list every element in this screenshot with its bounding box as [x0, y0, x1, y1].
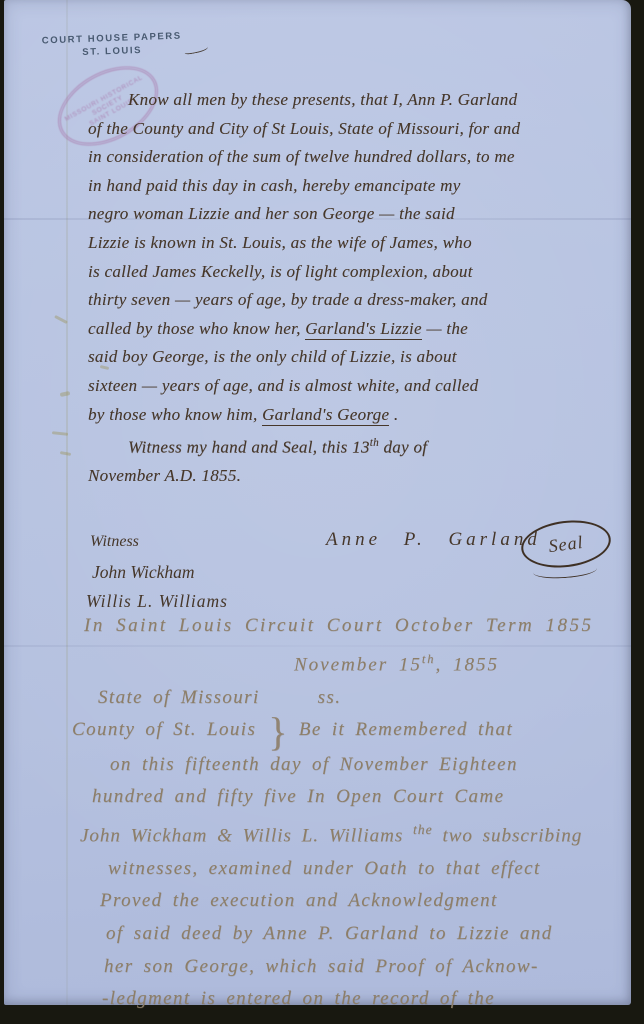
text-segment: of the County and City of St Louis, Stat…: [88, 119, 520, 138]
text-line: on this fifteenth day of November Eighte…: [52, 749, 632, 782]
text-line: Know all men by these presents, that I, …: [88, 86, 624, 115]
text-segment: John Wickham & Willis L. Williams: [80, 825, 413, 846]
text-segment: is called James Keckelly, is of light co…: [88, 262, 473, 281]
text-segment: sixteen — years of age, and is almost wh…: [88, 376, 478, 395]
text-segment: November 15: [294, 654, 422, 675]
text-line: November A.D. 1855.: [88, 462, 624, 491]
witness-label: Witness: [90, 533, 139, 551]
text-line: witnesses, examined under Oath to that e…: [52, 853, 632, 886]
underlined-phrase: Garland's George: [262, 405, 389, 426]
text-segment: day of: [379, 438, 427, 457]
text-segment: November A.D. 1855.: [88, 466, 241, 485]
archival-photo: { "colors":{ "paper":"#b7c3e1", "ink":"#…: [0, 0, 644, 1024]
text-segment: Know all men by these presents, that I, …: [128, 90, 517, 109]
text-line: -ledgment is entered on the record of th…: [52, 983, 632, 1016]
witness-signatures: John WickhamWillis L. Williams: [92, 558, 228, 616]
text-line: County of St. Louis}Be it Remembered tha…: [52, 714, 632, 749]
court-record-text: In Saint Louis Circuit Court October Ter…: [52, 610, 632, 1016]
text-line: negro woman Lizzie and her son George — …: [88, 200, 624, 229]
text-line: called by those who know her, Garland's …: [88, 315, 624, 344]
text-segment: on this fifteenth day of November Eighte…: [110, 754, 518, 775]
text-segment: , 1855: [435, 654, 499, 675]
text-segment: in hand paid this day in cash, hereby em…: [88, 176, 461, 195]
pen-mark: [184, 44, 209, 55]
text-segment: the: [413, 822, 433, 837]
text-line: in hand paid this day in cash, hereby em…: [88, 172, 624, 201]
text-segment: Witness my hand and Seal, this 13: [128, 438, 370, 457]
text-line: of said deed by Anne P. Garland to Lizzi…: [52, 918, 632, 951]
text-line: said boy George, is the only child of Li…: [88, 343, 624, 372]
text-segment: negro woman Lizzie and her son George — …: [88, 204, 455, 223]
text-segment: .: [389, 405, 398, 424]
text-segment: State of Missouri: [98, 687, 260, 708]
text-line: Proved the execution and Acknowledgment: [52, 885, 632, 918]
text-segment: hundred and fifty five In Open Court Cam…: [92, 786, 504, 807]
text-line: In Saint Louis Circuit Court October Ter…: [52, 610, 632, 643]
text-segment: Lizzie is known in St. Louis, as the wif…: [88, 233, 472, 252]
seal-underflourish: [533, 561, 598, 580]
text-line: Lizzie is known in St. Louis, as the wif…: [88, 229, 624, 258]
text-segment: in consideration of the sum of twelve hu…: [88, 147, 515, 166]
text-line: State of Missouriss.: [52, 682, 632, 715]
text-line: November 15th, 1855: [52, 643, 632, 682]
text-segment: -ledgment is entered on the record of th…: [102, 988, 495, 1009]
deed-body-text: Know all men by these presents, that I, …: [88, 86, 624, 491]
text-line: is called James Keckelly, is of light co…: [88, 258, 624, 287]
text-line: in consideration of the sum of twelve hu…: [88, 143, 624, 172]
text-segment: }: [268, 709, 289, 754]
text-line: hundred and fifty five In Open Court Cam…: [52, 781, 632, 814]
text-segment: by those who know him,: [88, 405, 262, 424]
underlined-phrase: Garland's Lizzie: [305, 319, 422, 340]
text-line: by those who know him, Garland's George …: [88, 401, 624, 430]
text-segment: of said deed by Anne P. Garland to Lizzi…: [106, 923, 553, 944]
text-line: John Wickham & Willis L. Williams the tw…: [52, 814, 632, 853]
witness-signature: John Wickham: [92, 558, 228, 587]
text-segment: thirty seven — years of age, by trade a …: [88, 290, 488, 309]
text-segment: County of St. Louis: [72, 719, 256, 740]
text-line: thirty seven — years of age, by trade a …: [88, 286, 624, 315]
signature-anne-garland: Anne P. Garland: [326, 529, 541, 551]
document-paper: COURT HOUSE PAPERS ST. LOUIS MISSOURI HI…: [4, 0, 631, 1005]
text-segment: witnesses, examined under Oath to that e…: [108, 858, 541, 879]
text-segment: said boy George, is the only child of Li…: [88, 347, 457, 366]
court-house-papers-stamp: COURT HOUSE PAPERS ST. LOUIS: [42, 30, 183, 61]
text-line: sixteen — years of age, and is almost wh…: [88, 372, 624, 401]
text-segment: ss.: [318, 687, 342, 708]
text-segment: th: [370, 437, 379, 449]
seal-label: Seal: [547, 531, 584, 556]
text-segment: In Saint Louis Circuit Court October Ter…: [84, 615, 593, 636]
text-segment: th: [422, 652, 436, 666]
text-line: of the County and City of St Louis, Stat…: [88, 115, 624, 144]
text-segment: two subscribing: [433, 825, 583, 846]
text-segment: — the: [422, 319, 468, 338]
text-line: Witness my hand and Seal, this 13th day …: [88, 429, 624, 462]
text-segment: Proved the execution and Acknowledgment: [100, 890, 498, 911]
text-segment: Be it Remembered that: [299, 719, 513, 740]
text-segment: called by those who know her,: [88, 319, 305, 338]
text-line: her son George, which said Proof of Ackn…: [52, 951, 632, 984]
text-segment: her son George, which said Proof of Ackn…: [104, 956, 539, 977]
